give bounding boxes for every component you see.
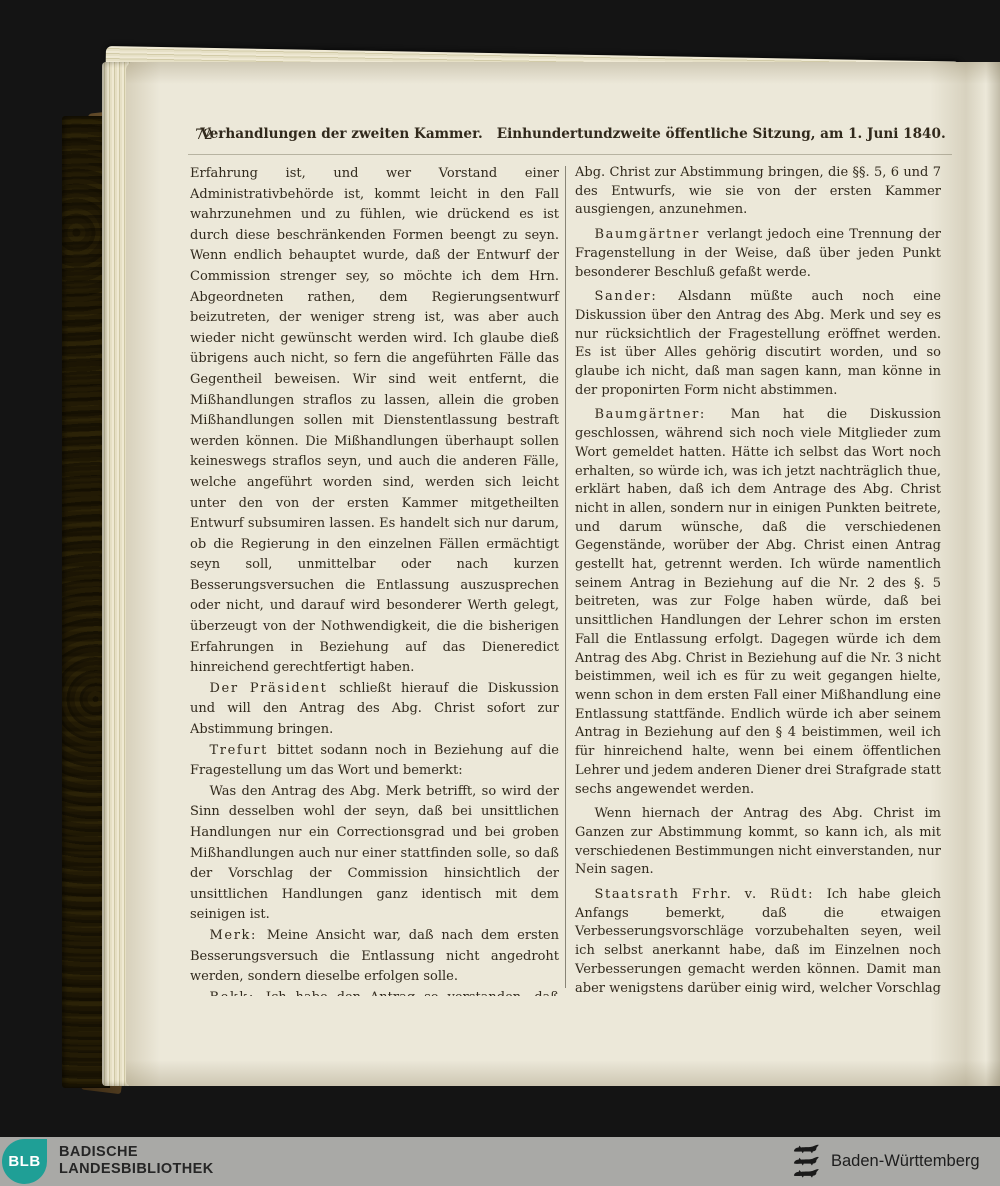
speaker-name: Sander: [595, 289, 660, 304]
column-divider [565, 166, 566, 988]
library-scan-viewer: 72 Verhandlungen der zweiten Kammer. Ein… [0, 0, 1000, 1186]
scanned-page: 72 Verhandlungen der zweiten Kammer. Ein… [126, 62, 1000, 1086]
paragraph: Wenn hiernach der Antrag des Abg. Christ… [575, 805, 941, 880]
paragraph: Der Präsident schließt hierauf die Disku… [190, 679, 559, 741]
paragraph: Trefurt bittet sodann noch in Beziehung … [190, 741, 559, 782]
footer-bar: BLB BADISCHE LANDESBIBLIOTHEK Baden-Würt… [0, 1137, 1000, 1186]
paragraph: Baumgärtner verlangt jedoch eine Trennun… [575, 226, 941, 282]
right-column: Abg. Christ zur Abstimmung bringen, die … [567, 164, 941, 996]
library-name-line2: LANDESBIBLIOTHEK [59, 1161, 214, 1178]
library-name-line1: BADISCHE [59, 1144, 214, 1161]
baden-wuerttemberg-coat-of-arms-icon [792, 1142, 822, 1181]
state-branding: Baden-Württemberg [792, 1142, 980, 1181]
speaker-name: Der Präsident [210, 681, 330, 696]
running-head-title: Verhandlungen der zweiten Kammer. [200, 126, 482, 142]
speaker-name: Merk: [210, 928, 259, 943]
paragraph: Bekk: Ich habe den Antrag so verstanden,… [190, 988, 559, 996]
running-head: Verhandlungen der zweiten Kammer. Einhun… [186, 126, 960, 142]
state-label: Baden-Württemberg [831, 1152, 980, 1171]
paragraph: Merk: Meine Ansicht war, daß nach dem er… [190, 926, 559, 988]
paragraph: Was den Antrag des Abg. Merk betrifft, s… [190, 782, 559, 926]
header-rule [188, 154, 952, 155]
paragraph: Abg. Christ zur Abstimmung bringen, die … [575, 164, 941, 220]
running-head-session: Einhundertundzweite öffentliche Sitzung,… [497, 126, 946, 142]
left-column: Erfahrung ist, und wer Vorstand einer Ad… [190, 164, 564, 996]
speaker-name: Baumgärtner [595, 227, 702, 242]
paragraph: Baumgärtner: Man hat die Diskussion gesc… [575, 406, 941, 799]
speaker-name: Bekk: [210, 990, 257, 996]
paragraph: Staatsrath Frhr. v. Rüdt: Ich habe gleic… [575, 886, 941, 996]
library-name: BADISCHE LANDESBIBLIOTHEK [59, 1144, 214, 1178]
speaker-name: Staatsrath Frhr. v. Rüdt: [595, 887, 817, 902]
speaker-name: Trefurt [210, 743, 270, 758]
blb-logo: BLB [2, 1139, 47, 1184]
paragraph: Erfahrung ist, und wer Vorstand einer Ad… [190, 164, 559, 679]
text-columns: Erfahrung ist, und wer Vorstand einer Ad… [190, 164, 952, 996]
speaker-name: Baumgärtner: [595, 407, 708, 422]
blb-logo-text: BLB [8, 1153, 40, 1170]
paragraph: Sander: Alsdann müßte auch noch eine Dis… [575, 288, 941, 400]
